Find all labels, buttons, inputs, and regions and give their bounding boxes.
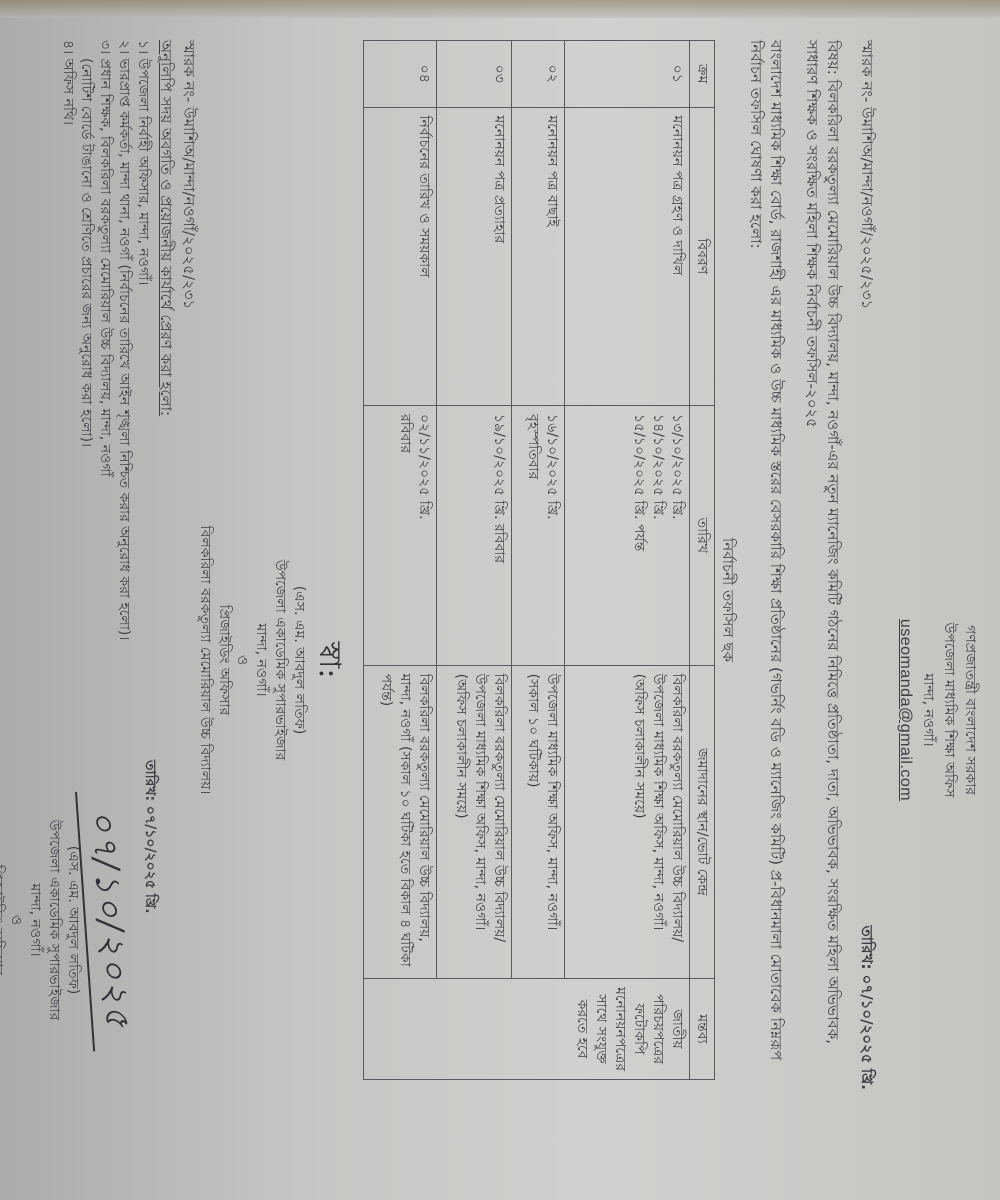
copy-section: স্মারক নং- উমাশিঅ/মান্দা/নওগাঁ/২০২৫/২৩১ … <box>58 40 199 1160</box>
signatory-place: মান্দা, নওগাঁ। <box>251 510 270 810</box>
cell-venue: বিলকরিলা বরকতুল্যা মেমোরিয়াল উচ্চ বিদ্য… <box>564 665 689 979</box>
memo-ref-row: স্মারক নং- উমাশিঅ/মান্দা/নওগাঁ/২০২৫/২৩১ … <box>857 40 877 1160</box>
cell-venue: বিলকরিলা বরকতুল্যা মেমোরিয়াল উচ্চ বিদ্য… <box>363 665 436 979</box>
signatory-and: ও <box>6 760 25 1080</box>
col-date: তারিখ <box>689 406 715 666</box>
cell-venue: উপজেলা মাধ্যমিক শিক্ষা অফিস, মান্দা, নওগ… <box>511 665 564 979</box>
copy-date: তারিখ: ০৭/১০/২০২৫ খ্রি. <box>140 760 159 1080</box>
col-remarks: মন্তব্য <box>689 979 715 1080</box>
letterhead: গণপ্রজাতন্ত্রী বাংলাদেশ সরকার উপজেলা মাধ… <box>893 580 980 840</box>
cell-serial: ০২ <box>511 41 564 108</box>
cell-date: ০২/১১/২০২৫ খ্রি. রবিবার <box>363 406 436 666</box>
cell-description: মনোনয়ন পত্র গ্রহণ ও দাখিল <box>564 107 689 406</box>
cell-description: মনোনয়ন পত্র বাছাই <box>511 107 564 406</box>
office-email: useomanda@gmail.com <box>893 580 917 840</box>
cell-remarks: জাতীয় পরিচয়পত্রের ফটোকপি মনোনয়নপত্রের… <box>363 979 689 1080</box>
table-row: ০২ মনোনয়ন পত্র বাছাই ১৬/১০/২০২৫ খ্রি. ব… <box>511 41 564 1080</box>
cell-serial: ০১ <box>564 41 689 108</box>
signature-block-2: তারিখ: ০৭/১০/২০২৫ খ্রি. ০৭/১০/২০২৫ (এস. … <box>0 760 159 1080</box>
notice-page: গণপ্রজাতন্ত্রী বাংলাদেশ সরকার উপজেলা মাধ… <box>0 0 1000 1200</box>
table-row: ০১ মনোনয়ন পত্র গ্রহণ ও দাখিল ১৩/১০/২০২৫… <box>564 41 689 1080</box>
table-row: ০৩ মনোনয়ন পত্র প্রত্যাহার ১৯/১০/২০২৫ খ্… <box>436 41 511 1080</box>
col-description: বিবরণ <box>689 107 715 406</box>
table-row: ০৪ নির্বাচনের তারিখ ও সময়কাল ০২/১১/২০২৫… <box>363 41 436 1080</box>
col-venue: জমাদানের স্থান/ভোট কেন্দ্র <box>689 665 715 979</box>
cell-serial: ০৩ <box>436 41 511 108</box>
signatory-role: প্রিজাইডিং অফিসার <box>0 760 6 1080</box>
signatory-title: উপজেলা একাডেমিক সুপারভাইজার <box>270 510 289 810</box>
memo-number: স্মারক নং- উমাশিঅ/মান্দা/নওগাঁ/২০২৫/২৩১ <box>857 40 877 309</box>
handwritten-signature: ০৭/১০/২০২৫ <box>75 789 141 1051</box>
schedule-table-title: নির্বাচনী তফসিল ছক <box>718 40 738 1160</box>
cell-serial: ০৪ <box>363 41 436 108</box>
office-name: উপজেলা মাধ্যমিক শিক্ষা অফিস <box>938 580 959 840</box>
office-location: মান্দা, নওগাঁ। <box>917 580 938 840</box>
subject-line: বিষয়: বিলকরিলা বরকতুল্যা মেমোরিয়াল উচ্… <box>802 40 843 1080</box>
cell-date: ১৬/১০/২০২৫ খ্রি. বৃহস্পতিবার <box>511 406 564 666</box>
signatory-role: প্রিজাইডিং অফিসার <box>214 510 233 810</box>
signatory-place: মান্দা, নওগাঁ। <box>25 760 44 1080</box>
signatory-title: উপজেলা একাডেমিক সুপারভাইজার <box>44 760 63 1080</box>
signatory-and: ও <box>233 510 252 810</box>
copy-memo-number: স্মারক নং- উমাশিঅ/মান্দা/নওগাঁ/২০২৫/২৩১ <box>178 40 198 1160</box>
cell-venue: বিলকরিলা বরকতুল্যা মেমোরিয়াল উচ্চ বিদ্য… <box>436 665 511 979</box>
election-schedule-table: ক্রম বিবরণ তারিখ জমাদানের স্থান/ভোট কেন্… <box>363 40 716 1080</box>
cell-date: ১৯/১০/২০২৫ খ্রি. রবিবার <box>436 406 511 666</box>
table-header-row: ক্রম বিবরণ তারিখ জমাদানের স্থান/ভোট কেন্… <box>689 41 715 1080</box>
signed-mark: স্বা: <box>308 510 349 810</box>
intro-paragraph: বাংলাদেশ মাধ্যমিক শিক্ষা বোর্ড, রাজশাহী … <box>746 40 787 1080</box>
signatory-name: (এস. এম. আবদুল লতিফ) <box>289 510 308 810</box>
memo-date: তারিখ: ০৭/১০/২০২৫ খ্রি. <box>857 925 877 1090</box>
cell-date: ১৩/১০/২০২৫ খ্রি. ১৪/১০/২০২৫ খ্রি. ১৫/১০/… <box>564 406 689 666</box>
signature-block-1: স্বা: (এস. এম. আবদুল লতিফ) উপজেলা একাডেম… <box>209 40 349 1160</box>
govt-name: গণপ্রজাতন্ত্রী বাংলাদেশ সরকার <box>959 580 980 840</box>
cell-description: নির্বাচনের তারিখ ও সময়কাল <box>363 107 436 406</box>
cell-description: মনোনয়ন পত্র প্রত্যাহার <box>436 107 511 406</box>
copy-heading: অনুলিপি সদয় অবগতি ও প্রয়োজনীয় কার্যার… <box>156 40 176 1160</box>
col-serial: ক্রম <box>689 41 715 108</box>
